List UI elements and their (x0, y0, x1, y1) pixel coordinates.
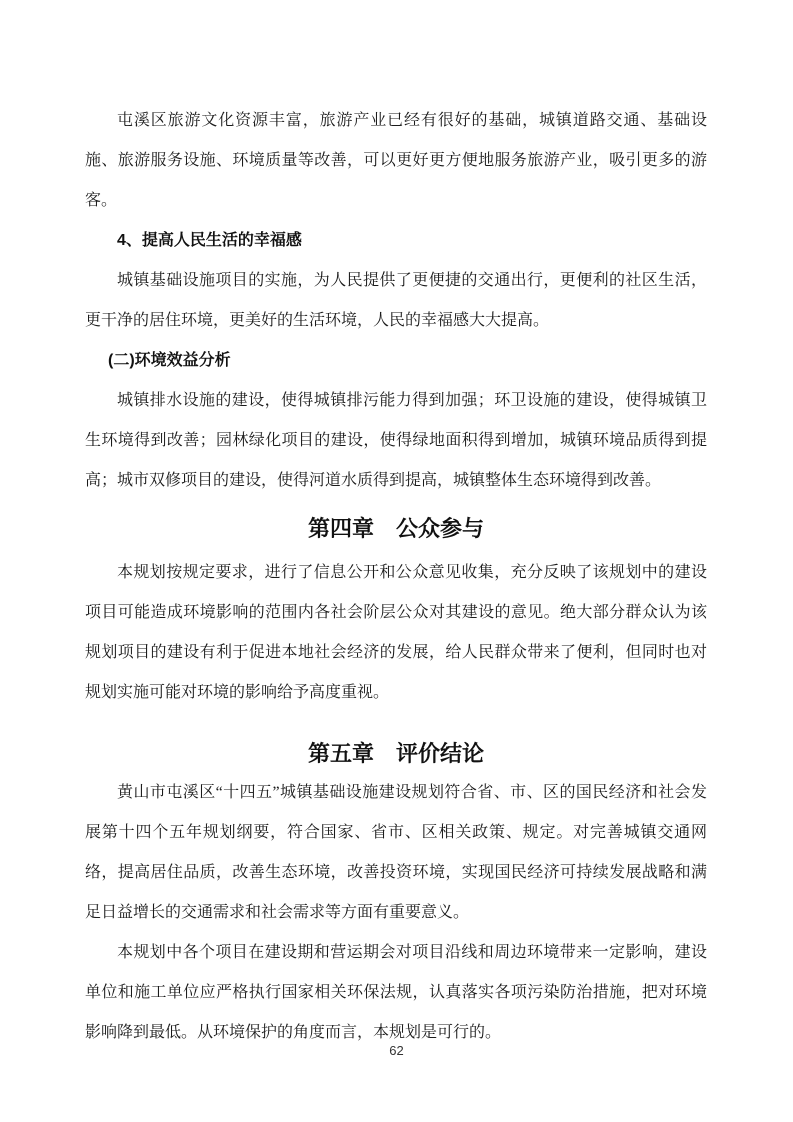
subsection-heading-environmental-benefit: (二)环境效益分析 (85, 341, 707, 381)
paragraph-environmental-benefit: 城镇排水设施的建设，使得城镇排污能力得到加强；环卫设施的建设，使得城镇卫生环境得… (85, 381, 707, 501)
chapter-title-evaluation-conclusion: 第五章 评价结论 (85, 736, 707, 772)
document-page: 屯溪区旅游文化资源丰富，旅游产业已经有很好的基础，城镇道路交通、基础设施、旅游服… (0, 0, 793, 1122)
paragraph-conclusion-significance: 黄山市屯溪区“十四五”城镇基础设施建设规划符合省、市、区的国民经济和社会发展第十… (85, 773, 707, 933)
chapter-title-public-participation: 第四章 公众参与 (85, 509, 707, 549)
paragraph-public-participation: 本规划按规定要求，进行了信息公开和公众意见收集，充分反映了该规划中的建设项目可能… (85, 553, 707, 713)
page-number: 62 (389, 1043, 403, 1058)
page-footer: 62 (0, 1042, 793, 1060)
subsection-heading-happiness: 4、提高人民生活的幸福感 (85, 221, 707, 261)
paragraph-conclusion-feasibility: 本规划中各个项目在建设期和营运期会对项目沿线和周边环境带来一定影响，建设单位和施… (85, 933, 707, 1053)
paragraph-happiness: 城镇基础设施项目的实施，为人民提供了更便捷的交通出行，更便利的社区生活，更干净的… (85, 261, 707, 341)
paragraph-tourism-improvement: 屯溪区旅游文化资源丰富，旅游产业已经有很好的基础，城镇道路交通、基础设施、旅游服… (85, 101, 707, 221)
page-body: 屯溪区旅游文化资源丰富，旅游产业已经有很好的基础，城镇道路交通、基础设施、旅游服… (85, 101, 707, 1053)
